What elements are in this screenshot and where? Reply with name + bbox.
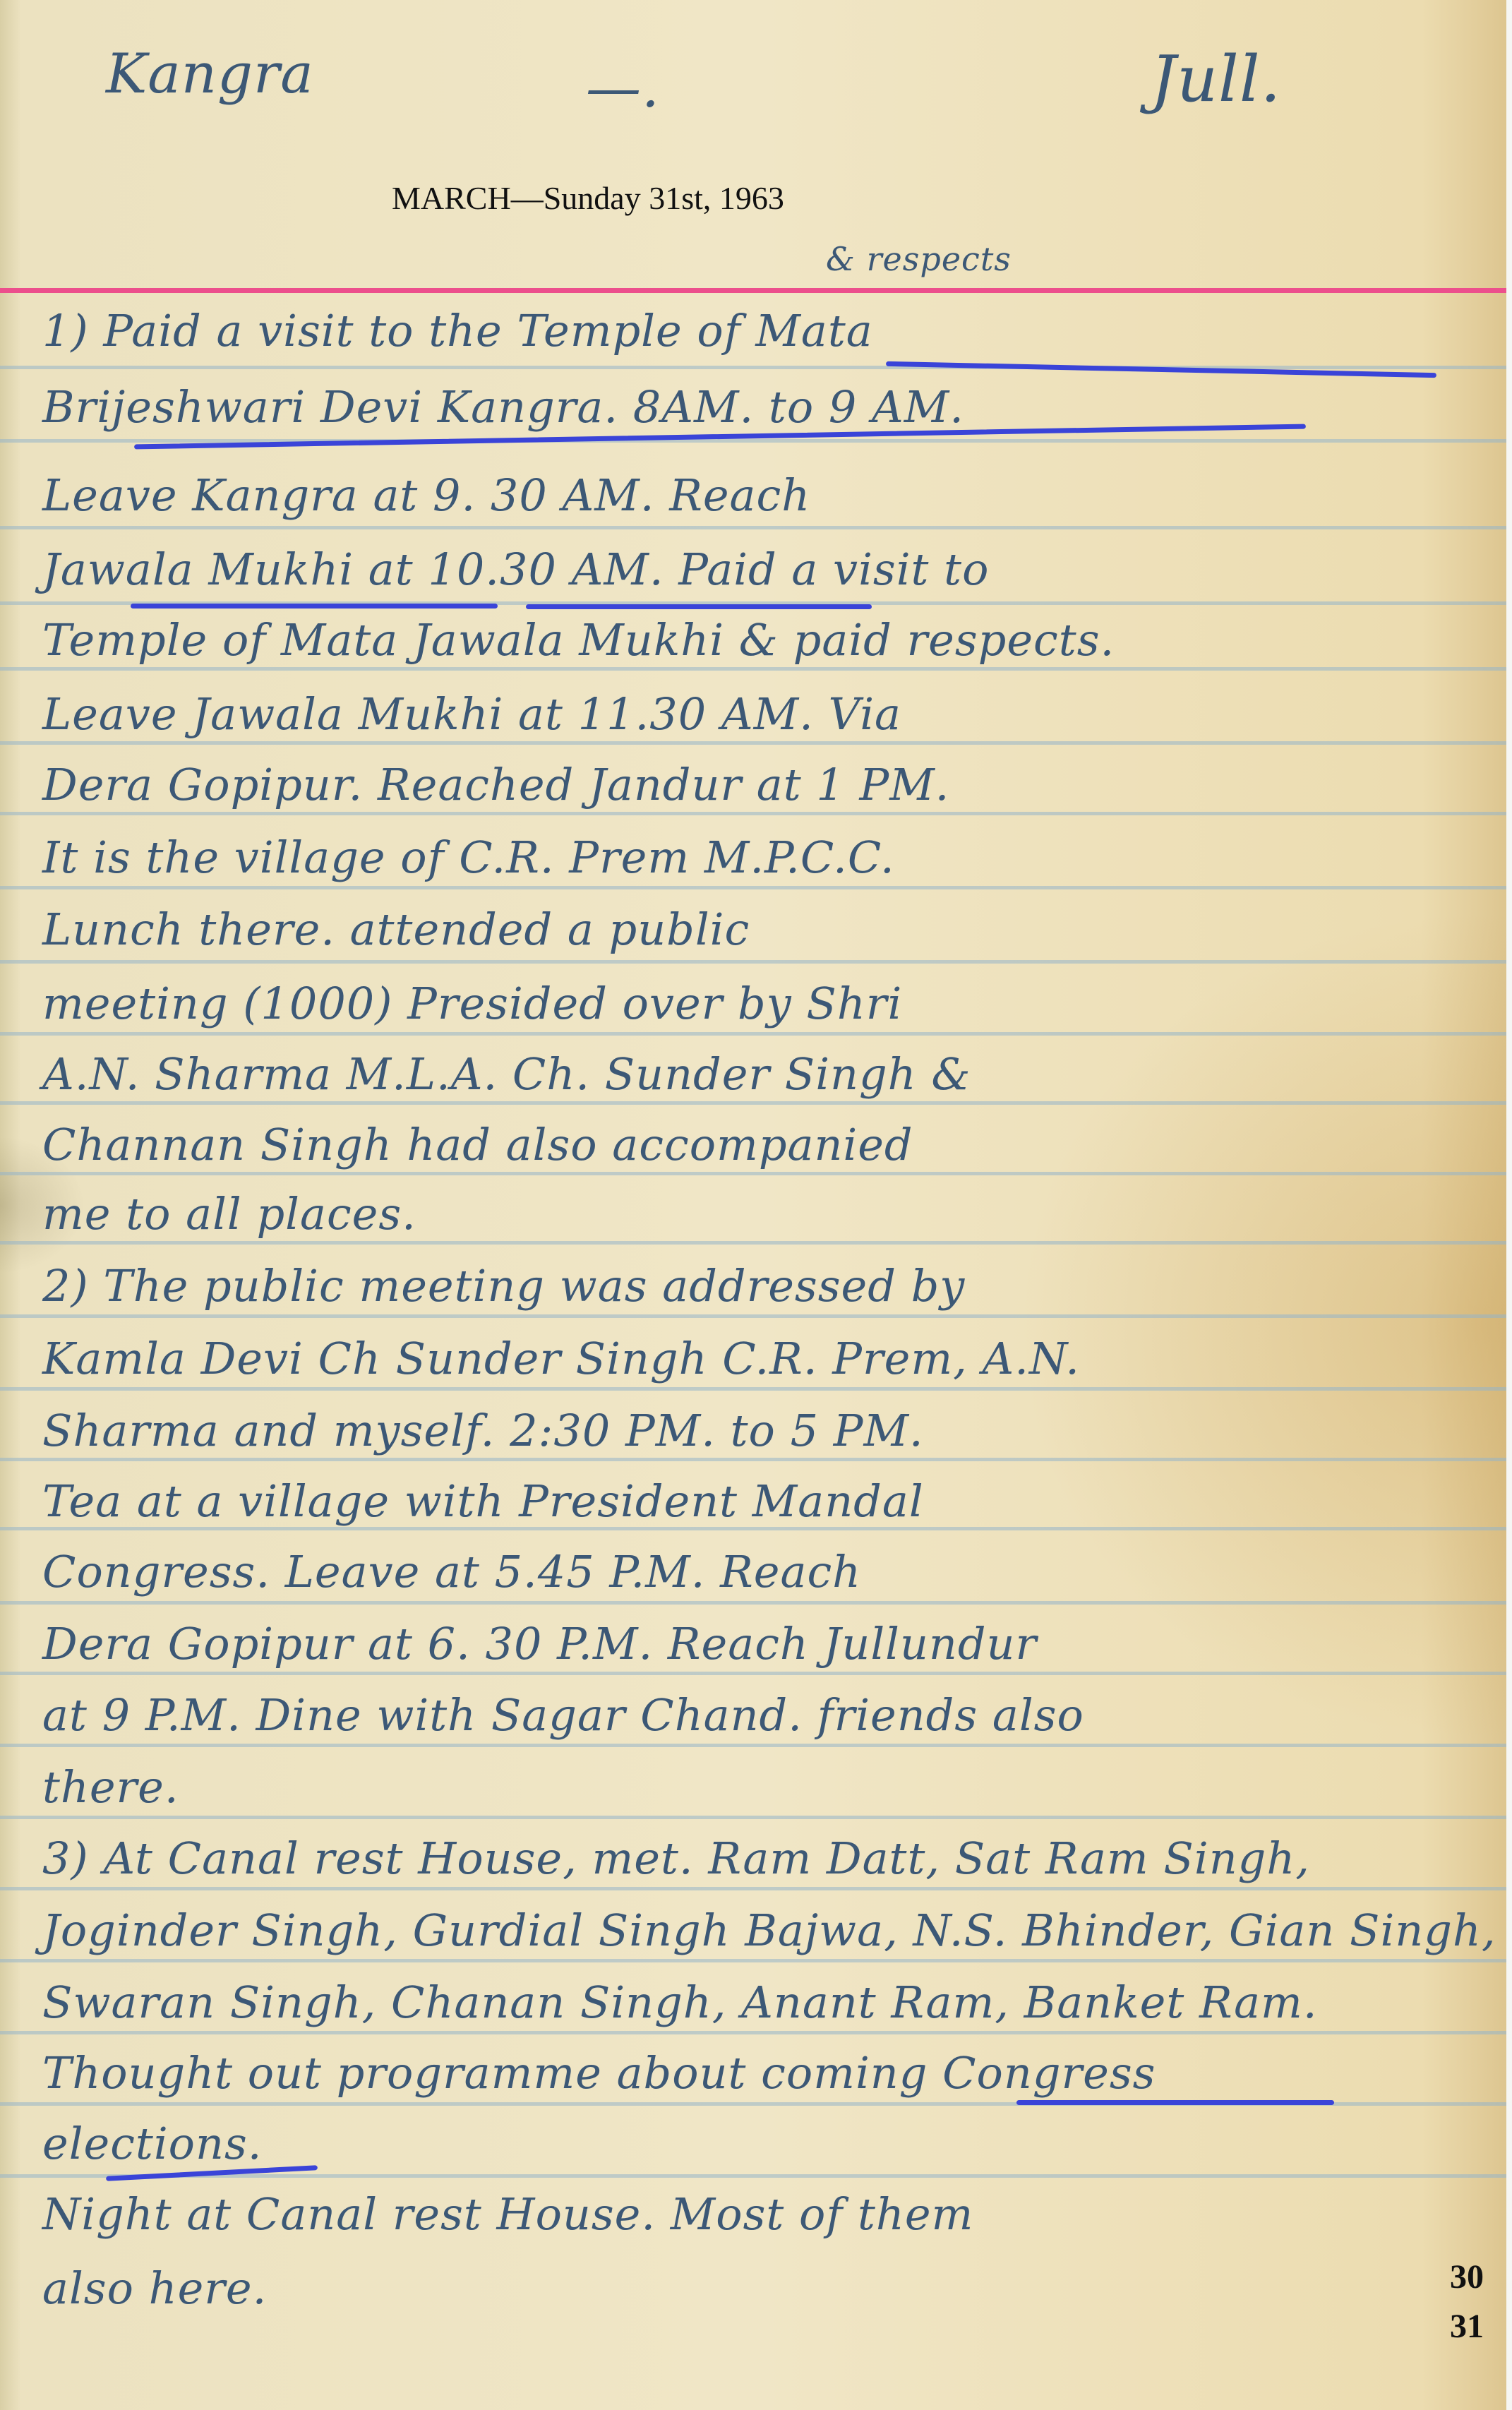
entry-line: Dera Gopipur at 6. 30 P.M. Reach Jullund…	[42, 1618, 1037, 1669]
annotation-dash: —.	[586, 56, 660, 120]
ruled-line	[0, 667, 1512, 671]
page-edge	[1506, 0, 1512, 2410]
annotation-jull: Jull.	[1151, 42, 1281, 116]
entry-line: It is the village of C.R. Prem M.P.C.C.	[42, 832, 895, 883]
ruled-line	[0, 1387, 1512, 1391]
ruled-line	[0, 1887, 1512, 1890]
entry-line: me to all places.	[42, 1188, 416, 1240]
entry-line: Thought out programme about coming Congr…	[42, 2047, 1156, 2099]
entry-line: Congress. Leave at 5.45 P.M. Reach	[42, 1546, 861, 1597]
ruled-line	[0, 1672, 1512, 1675]
entry-line: Night at Canal rest House. Most of them	[42, 2188, 973, 2240]
ruled-line	[0, 2031, 1512, 2034]
entry-line: there.	[42, 1761, 179, 1813]
underline-time	[526, 604, 872, 609]
ruled-line	[0, 1959, 1512, 1962]
entry-line: Dera Gopipur. Reached Jandur at 1 PM.	[42, 759, 949, 810]
page-number-31: 31	[1450, 2307, 1484, 2346]
entry-line: Joginder Singh, Gurdial Singh Bajwa, N.S…	[42, 1905, 1496, 1956]
underline-temple-of-mata	[886, 361, 1436, 378]
ruled-line	[0, 1172, 1512, 1175]
underline-jawala-mukhi	[131, 604, 498, 609]
entry-line: Temple of Mata Jawala Mukhi & paid respe…	[42, 614, 1115, 666]
entry-line: Lunch there. attended a public	[42, 904, 750, 955]
printed-date-header: MARCH—Sunday 31st, 1963	[392, 179, 784, 217]
ruled-line	[0, 1101, 1512, 1105]
entry-line: meeting (1000) Presided over by Shri	[42, 978, 902, 1029]
entry-line: Brijeshwari Devi Kangra. 8AM. to 9 AM.	[42, 381, 964, 433]
underline-coming-congress	[1016, 2100, 1334, 2105]
entry-line: Kamla Devi Ch Sunder Singh C.R. Prem, A.…	[42, 1333, 1080, 1384]
diary-page: Kangra —. Jull. MARCH—Sunday 31st, 1963 …	[0, 0, 1512, 2410]
entry-line: elections.	[42, 2118, 262, 2169]
ruled-line	[0, 1816, 1512, 1819]
entry-line: A.N. Sharma M.L.A. Ch. Sunder Singh &	[42, 1048, 971, 1100]
ruled-line	[0, 886, 1512, 889]
annotation-kangra: Kangra	[106, 42, 314, 106]
entry-line: Leave Kangra at 9. 30 AM. Reach	[42, 469, 810, 521]
entry-line: Tea at a village with President Mandal	[42, 1475, 924, 1527]
ruled-line	[0, 526, 1512, 529]
entry-line: 1) Paid a visit to the Temple of Mata	[42, 305, 873, 356]
entry-line: 3) At Canal rest House, met. Ram Datt, S…	[42, 1833, 1310, 1884]
entry-line: Leave Jawala Mukhi at 11.30 AM. Via	[42, 688, 901, 740]
page-number-30: 30	[1450, 2258, 1484, 2296]
ruled-line	[0, 1314, 1512, 1318]
margin-rule-pink	[0, 288, 1512, 293]
ruled-line	[0, 1241, 1512, 1245]
ruled-line	[0, 1527, 1512, 1530]
ruled-line	[0, 812, 1512, 815]
ruled-line	[0, 1744, 1512, 1747]
ruled-line	[0, 1032, 1512, 1036]
entry-line: 2) The public meeting was addressed by	[42, 1260, 965, 1312]
ruled-line	[0, 1601, 1512, 1605]
entry-line: Channan Singh had also accompanied	[42, 1119, 913, 1170]
ruled-line	[0, 741, 1512, 745]
entry-line: also here.	[42, 2262, 267, 2314]
ruled-line	[0, 960, 1512, 964]
entry-line: Sharma and myself. 2:30 PM. to 5 PM.	[42, 1405, 924, 1456]
entry-line: Jawala Mukhi at 10.30 AM. Paid a visit t…	[42, 544, 989, 595]
ruled-line	[0, 366, 1512, 369]
ruled-line	[0, 1458, 1512, 1461]
entry-line: at 9 P.M. Dine with Sagar Chand. friends…	[42, 1689, 1084, 1741]
entry-line: Swaran Singh, Chanan Singh, Anant Ram, B…	[42, 1977, 1318, 2028]
insertion-note: & respects	[826, 240, 1012, 278]
